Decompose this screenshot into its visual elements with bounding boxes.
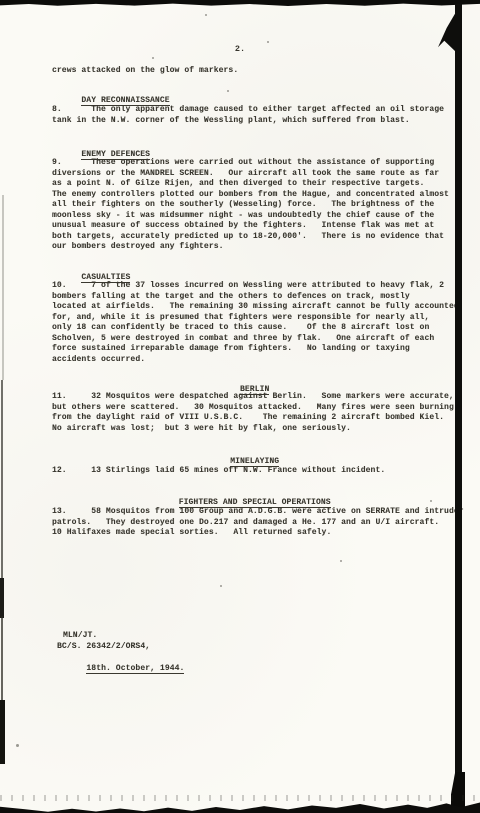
footer-date-text: 18th. October, 1944. [86, 664, 184, 675]
typewritten-text-layer: 2. crews attacked on the glow of markers… [0, 0, 480, 813]
paragraph-8: 8. The only apparent damage caused to ei… [52, 105, 444, 126]
paragraph-13: 13. 58 Mosquitos from 100 Group and A.D.… [52, 507, 464, 539]
paragraph-11: 11. 32 Mosquitos were despatched against… [52, 392, 454, 434]
paragraph-12: 12. 13 Stirlings laid 65 mines off N.W. … [52, 466, 385, 477]
footer-initials: MLN/JT. [63, 631, 97, 642]
footer-date: 18th. October, 1944. [57, 653, 184, 685]
paragraph-9: 9. These operations were carried out wit… [52, 158, 449, 253]
footer-reference: BC/S. 26342/2/ORS4, [57, 642, 150, 653]
page-number: 2. [0, 44, 480, 54]
scanned-document-page: 2. crews attacked on the glow of markers… [0, 0, 480, 813]
carryover-line: crews attacked on the glow of markers. [52, 66, 238, 77]
paragraph-10: 10. 7 of the 37 losses incurred on Wessl… [52, 281, 459, 365]
